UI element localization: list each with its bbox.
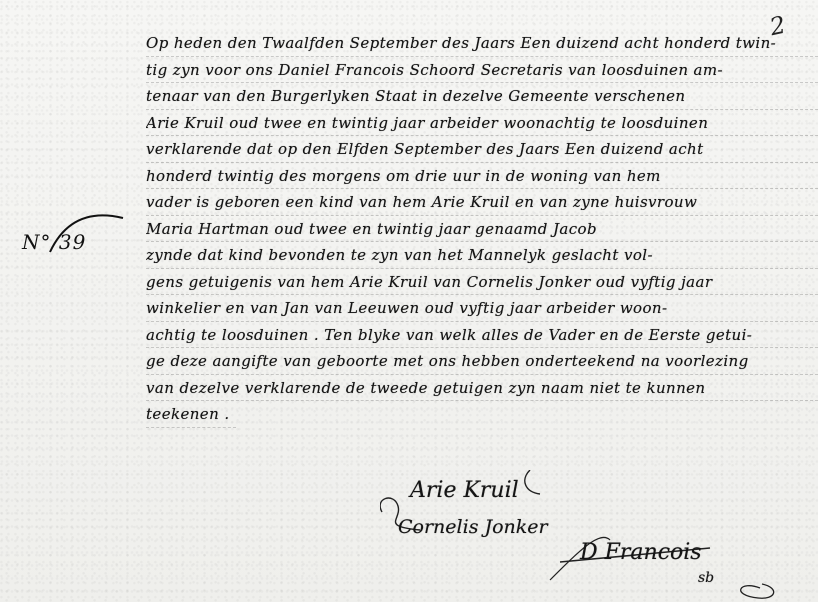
signature-initials: sb — [698, 570, 714, 586]
text-line: Op heden den Twaalfden September des Jaa… — [146, 30, 818, 57]
text-line: ge deze aangifte van geboorte met ons he… — [146, 348, 818, 375]
text-line: teekenen . — [146, 401, 236, 428]
text-line: vader is geboren een kind van hem Arie K… — [146, 189, 818, 216]
entry-number: N° 39 — [22, 230, 86, 254]
text-line: van dezelve verklarende de tweede getuig… — [146, 375, 818, 402]
signature-registrar: D Francois — [580, 540, 702, 565]
text-line: verklarende dat op den Elfden September … — [146, 136, 818, 163]
text-line: Arie Kruil oud twee en twintig jaar arbe… — [146, 110, 818, 137]
text-line: winkelier en van Jan van Leeuwen oud vyf… — [146, 295, 818, 322]
text-line: tenaar van den Burgerlyken Staat in deze… — [146, 83, 818, 110]
text-line: achtig te loosduinen . Ten blyke van wel… — [146, 322, 818, 349]
signatures-block: Arie Kruil Cornelis Jonker D Francois sb — [380, 470, 800, 600]
document-page: 2 N° 39 Op heden den Twaalfden September… — [0, 0, 818, 602]
text-line: zynde dat kind bevonden te zyn van het M… — [146, 242, 818, 269]
signature-witness: Cornelis Jonker — [398, 516, 548, 538]
text-line: tig zyn voor ons Daniel Francois Schoord… — [146, 57, 818, 84]
text-line: gens getuigenis van hem Arie Kruil van C… — [146, 269, 818, 296]
text-line: Maria Hartman oud twee en twintig jaar g… — [146, 216, 818, 243]
signature-father: Arie Kruil — [410, 478, 519, 503]
text-line: honderd twintig des morgens om drie uur … — [146, 163, 818, 190]
register-text: Op heden den Twaalfden September des Jaa… — [146, 30, 818, 428]
